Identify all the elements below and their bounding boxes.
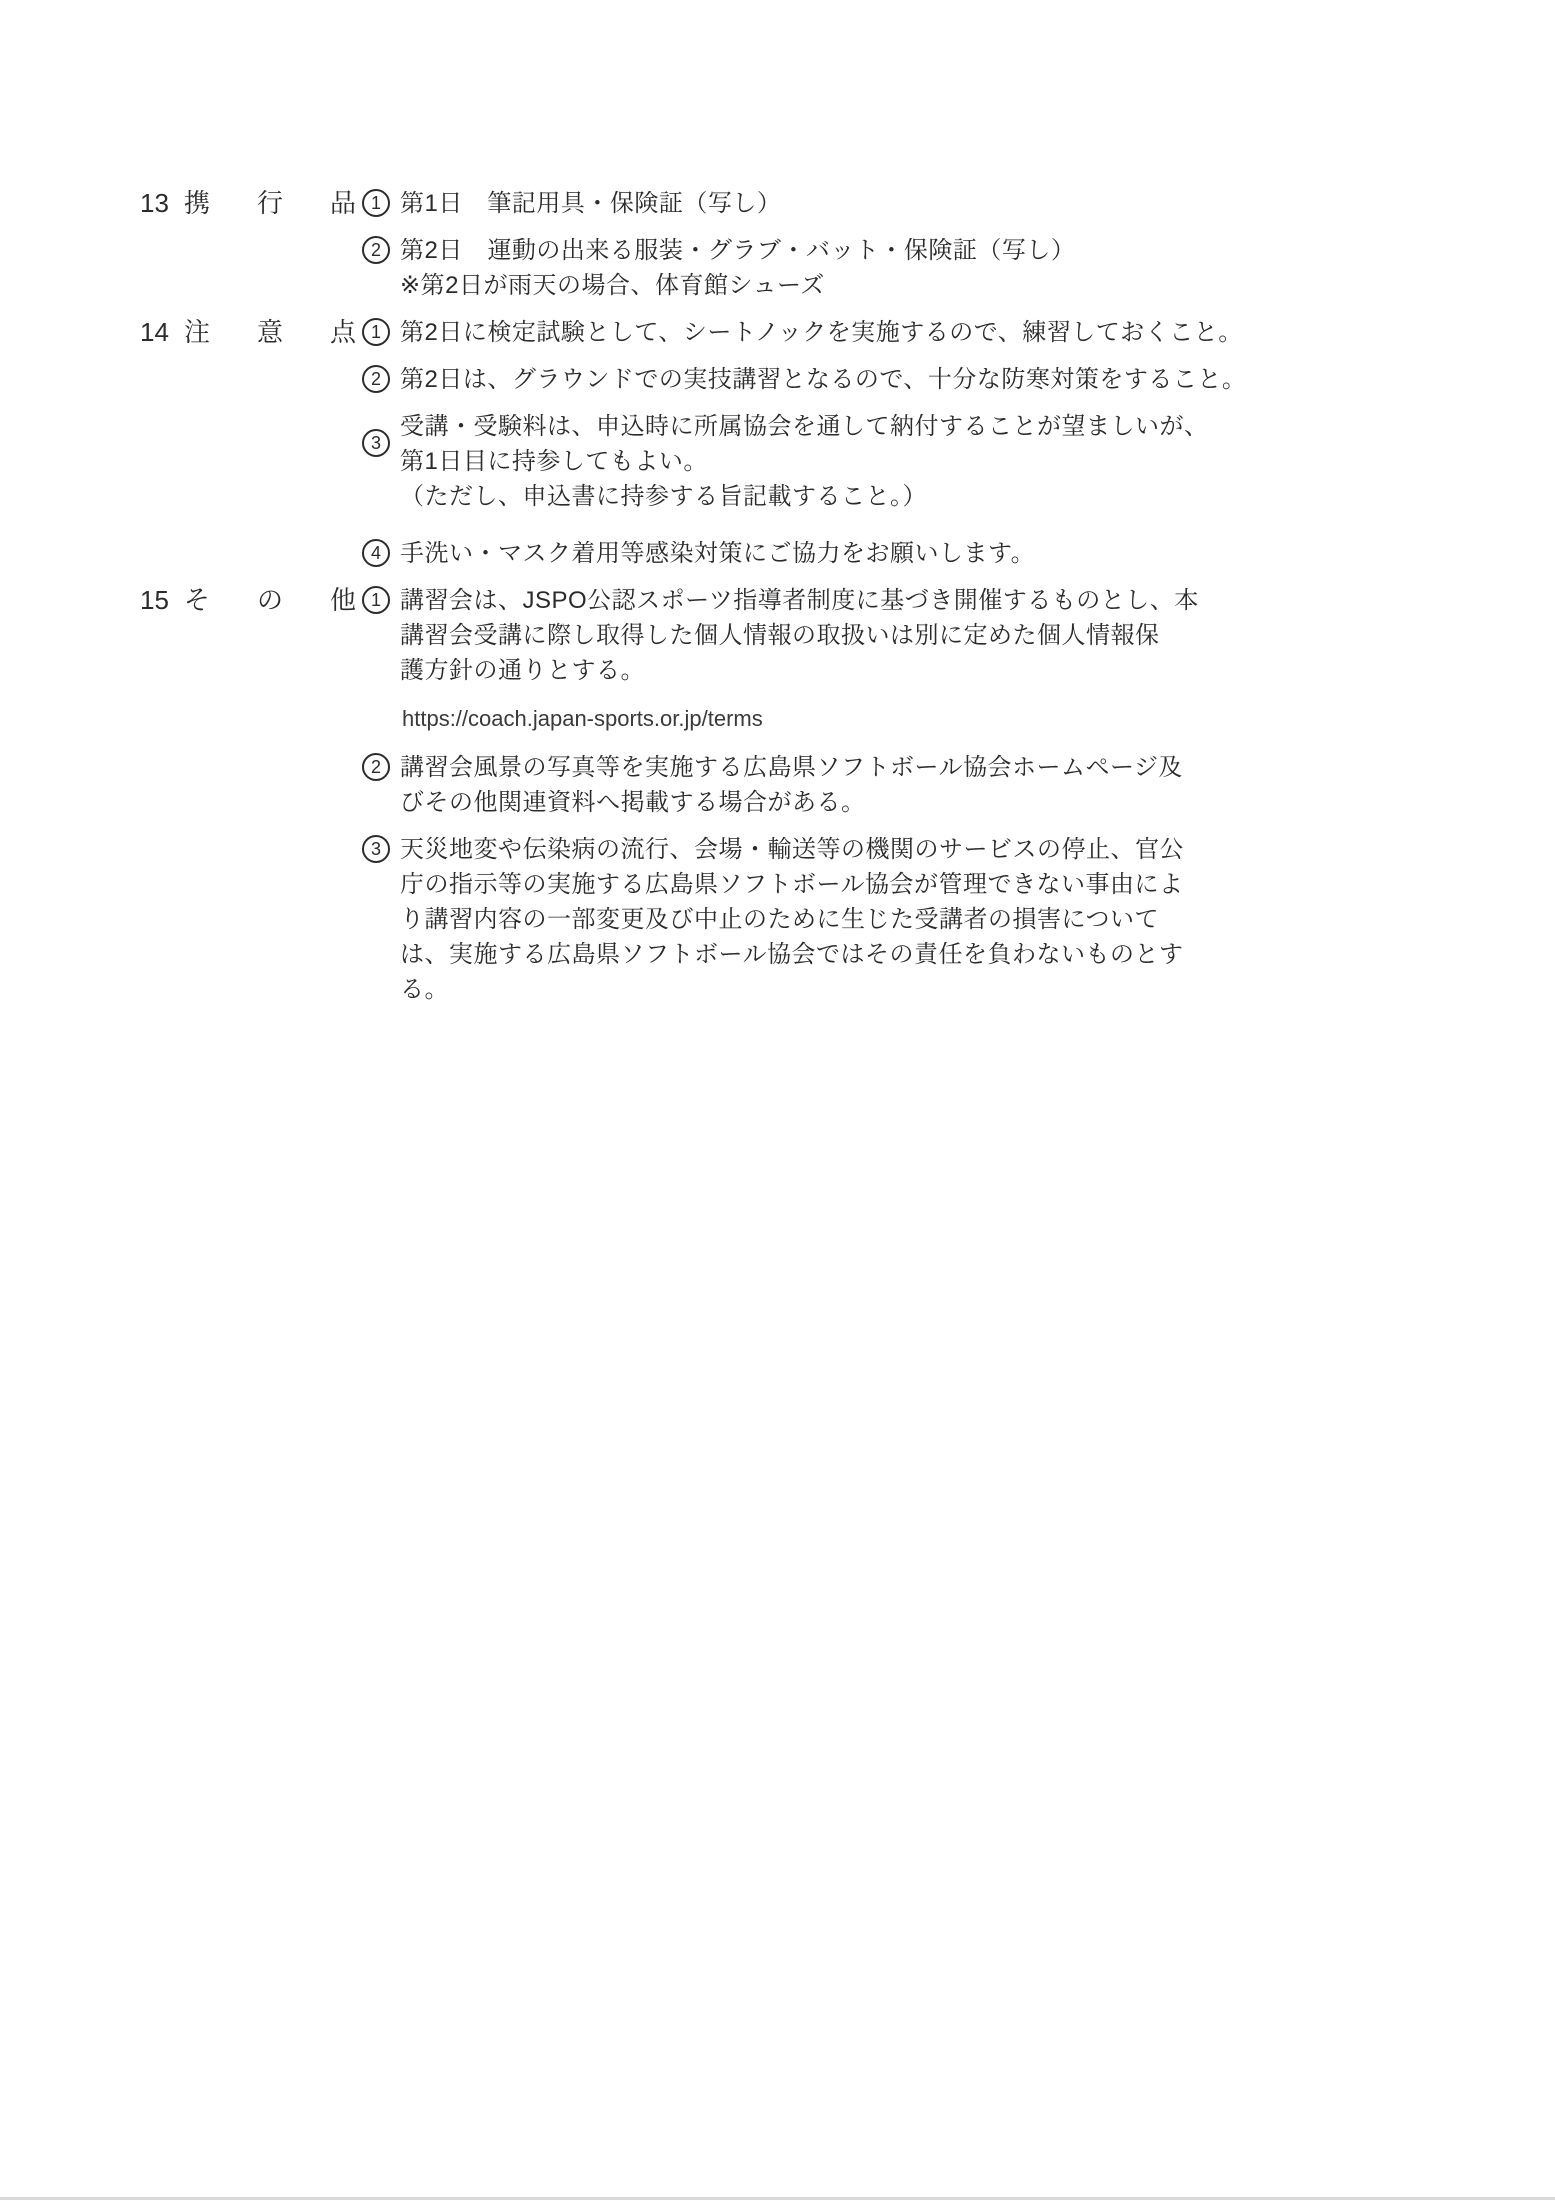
list-item: 2 第2日は、グラウンドでの実技講習となるので、十分な防寒対策をすること。: [362, 362, 1420, 397]
document-body: 13 携行品 1 第1日 筆記用具・保険証（写し） 2 第2日 運動の出来る服装…: [140, 186, 1420, 1019]
section-number: 15: [140, 583, 184, 618]
circled-number-marker: 2: [362, 753, 390, 781]
section-15-items: 1 講習会は、JSPO公認スポーツ指導者制度に基づき開催するものとし、本 講習会…: [362, 583, 1420, 1019]
item-text: 講習会風景の写真等を実施する広島県ソフトボール協会ホームページ及 びその他関連資…: [400, 750, 1320, 820]
circled-number-marker: 2: [362, 365, 390, 393]
section-label: その他: [184, 583, 356, 618]
section-label: 注意点: [184, 315, 356, 350]
list-item: 2 講習会風景の写真等を実施する広島県ソフトボール協会ホームページ及 びその他関…: [362, 750, 1420, 820]
circled-number-marker: 1: [362, 318, 390, 346]
item-text: 講習会は、JSPO公認スポーツ指導者制度に基づき開催するものとし、本 講習会受講…: [400, 583, 1320, 688]
section-number: 13: [140, 186, 184, 221]
circled-number-marker: 1: [362, 586, 390, 614]
section-14-head: 14 注意点: [140, 315, 356, 350]
item-text: 天災地変や伝染病の流行、会場・輸送等の機関のサービスの停止、官公 庁の指示等の実…: [400, 832, 1320, 1007]
section-14-items: 1 第2日に検定試験として、シートノックを実施するので、練習しておくこと。 2 …: [362, 315, 1420, 583]
list-item: 1 第2日に検定試験として、シートノックを実施するので、練習しておくこと。: [362, 315, 1420, 350]
item-text: 第2日は、グラウンドでの実技講習となるので、十分な防寒対策をすること。: [400, 362, 1320, 397]
section-13-carry-items: 13 携行品 1 第1日 筆記用具・保険証（写し） 2 第2日 運動の出来る服装…: [140, 186, 1420, 315]
list-item: 4 手洗い・マスク着用等感染対策にご協力をお願いします。: [362, 536, 1420, 571]
item-text: 第2日 運動の出来る服装・グラブ・バット・保険証（写し） ※第2日が雨天の場合、…: [400, 233, 1320, 303]
list-item: 2 第2日 運動の出来る服装・グラブ・バット・保険証（写し） ※第2日が雨天の場…: [362, 233, 1420, 303]
circled-number-marker: 3: [362, 429, 390, 457]
list-item: 1 講習会は、JSPO公認スポーツ指導者制度に基づき開催するものとし、本 講習会…: [362, 583, 1420, 738]
scanned-document-page: { "page": { "background": "#ffffff", "te…: [0, 0, 1555, 2200]
section-number: 14: [140, 315, 184, 350]
list-item: 3 天災地変や伝染病の流行、会場・輸送等の機関のサービスの停止、官公 庁の指示等…: [362, 832, 1420, 1007]
circled-number-marker: 1: [362, 189, 390, 217]
circled-number-marker: 4: [362, 539, 390, 567]
item-text: 第1日 筆記用具・保険証（写し）: [400, 186, 1320, 221]
circled-number-marker: 3: [362, 835, 390, 863]
section-13-head: 13 携行品: [140, 186, 356, 221]
section-label: 携行品: [184, 186, 356, 221]
item-text: 第2日に検定試験として、シートノックを実施するので、練習しておくこと。: [400, 315, 1320, 350]
section-14-cautions: 14 注意点 1 第2日に検定試験として、シートノックを実施するので、練習してお…: [140, 315, 1420, 583]
list-item: 3 受講・受験料は、申込時に所属協会を通して納付することが望ましいが、 第1日目…: [362, 409, 1420, 514]
item-text: 手洗い・マスク着用等感染対策にご協力をお願いします。: [400, 536, 1320, 571]
terms-url: https://coach.japan-sports.or.jp/terms: [402, 704, 1320, 734]
item-text: 受講・受験料は、申込時に所属協会を通して納付することが望ましいが、 第1日目に持…: [400, 409, 1320, 514]
section-15-head: 15 その他: [140, 583, 356, 618]
circled-number-marker: 2: [362, 236, 390, 264]
section-13-items: 1 第1日 筆記用具・保険証（写し） 2 第2日 運動の出来る服装・グラブ・バッ…: [362, 186, 1420, 315]
list-item: 1 第1日 筆記用具・保険証（写し）: [362, 186, 1420, 221]
section-15-others: 15 その他 1 講習会は、JSPO公認スポーツ指導者制度に基づき開催するものと…: [140, 583, 1420, 1019]
